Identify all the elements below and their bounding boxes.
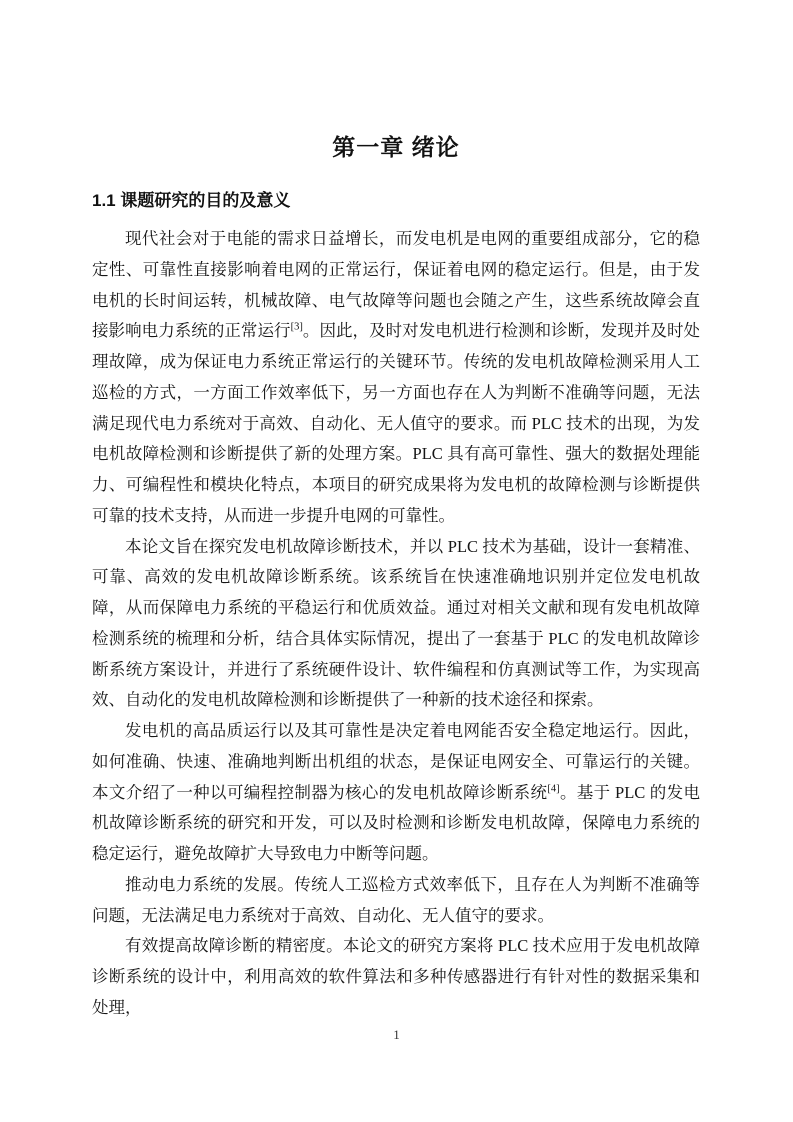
body-paragraph: 发电机的高品质运行以及其可靠性是决定着电网能否安全稳定地运行。因此，如何准确、快… <box>92 716 700 870</box>
body-text: 现代社会对于电能的需求日益增长，而发电机是电网的重要组成部分，它的稳定性、可靠性… <box>92 224 700 1024</box>
body-paragraph: 有效提高故障诊断的精密度。本论文的研究方案将 PLC 技术应用于发电机故障诊断系… <box>92 931 700 1023</box>
body-paragraph: 推动电力系统的发展。传统人工巡检方式效率低下，且存在人为判断不准确等问题，无法满… <box>92 870 700 932</box>
page-number: 1 <box>0 1028 793 1042</box>
section-heading: 1.1 课题研究的目的及意义 <box>92 192 700 210</box>
text-block: 第一章 绪论 1.1 课题研究的目的及意义 现代社会对于电能的需求日益增长，而发… <box>92 0 700 1024</box>
document-page: 第一章 绪论 1.1 课题研究的目的及意义 现代社会对于电能的需求日益增长，而发… <box>0 0 793 1122</box>
chapter-title: 第一章 绪论 <box>92 135 700 159</box>
citation-superscript: [3] <box>291 322 303 333</box>
body-paragraph: 本论文旨在探究发电机故障诊断技术，并以 PLC 技术为基础，设计一套精准、可靠、… <box>92 532 700 717</box>
body-paragraph: 现代社会对于电能的需求日益增长，而发电机是电网的重要组成部分，它的稳定性、可靠性… <box>92 224 700 532</box>
citation-superscript: [4] <box>547 783 559 794</box>
